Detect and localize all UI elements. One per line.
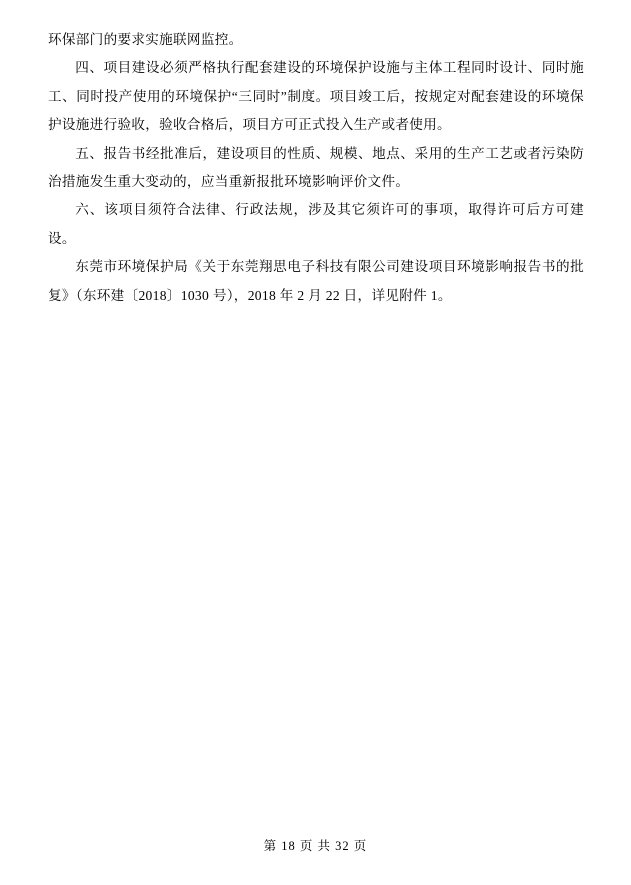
page-footer: 第 18 页 共 32 页 — [0, 836, 631, 854]
paragraph-item-4: 四、项目建设必须严格执行配套建设的环境保护设施与主体工程同时设计、同时施工、同时… — [48, 54, 584, 139]
paragraph-item-6: 六、该项目须符合法律、行政法规，涉及其它须许可的事项，取得许可后方可建设。 — [48, 196, 584, 253]
paragraph-continuation: 环保部门的要求实施联网监控。 — [48, 26, 584, 54]
page-number: 第 18 页 共 32 页 — [264, 839, 368, 853]
paragraph-approval-reference: 东莞市环境保护局《关于东莞翔思电子科技有限公司建设项目环境影响报告书的批复》（东… — [48, 253, 584, 310]
paragraph-item-5: 五、报告书经批准后，建设项目的性质、规模、地点、采用的生产工艺或者污染防治措施发… — [48, 140, 584, 197]
document-page: 环保部门的要求实施联网监控。 四、项目建设必须严格执行配套建设的环境保护设施与主… — [0, 0, 631, 885]
document-body: 环保部门的要求实施联网监控。 四、项目建设必须严格执行配套建设的环境保护设施与主… — [48, 26, 584, 310]
